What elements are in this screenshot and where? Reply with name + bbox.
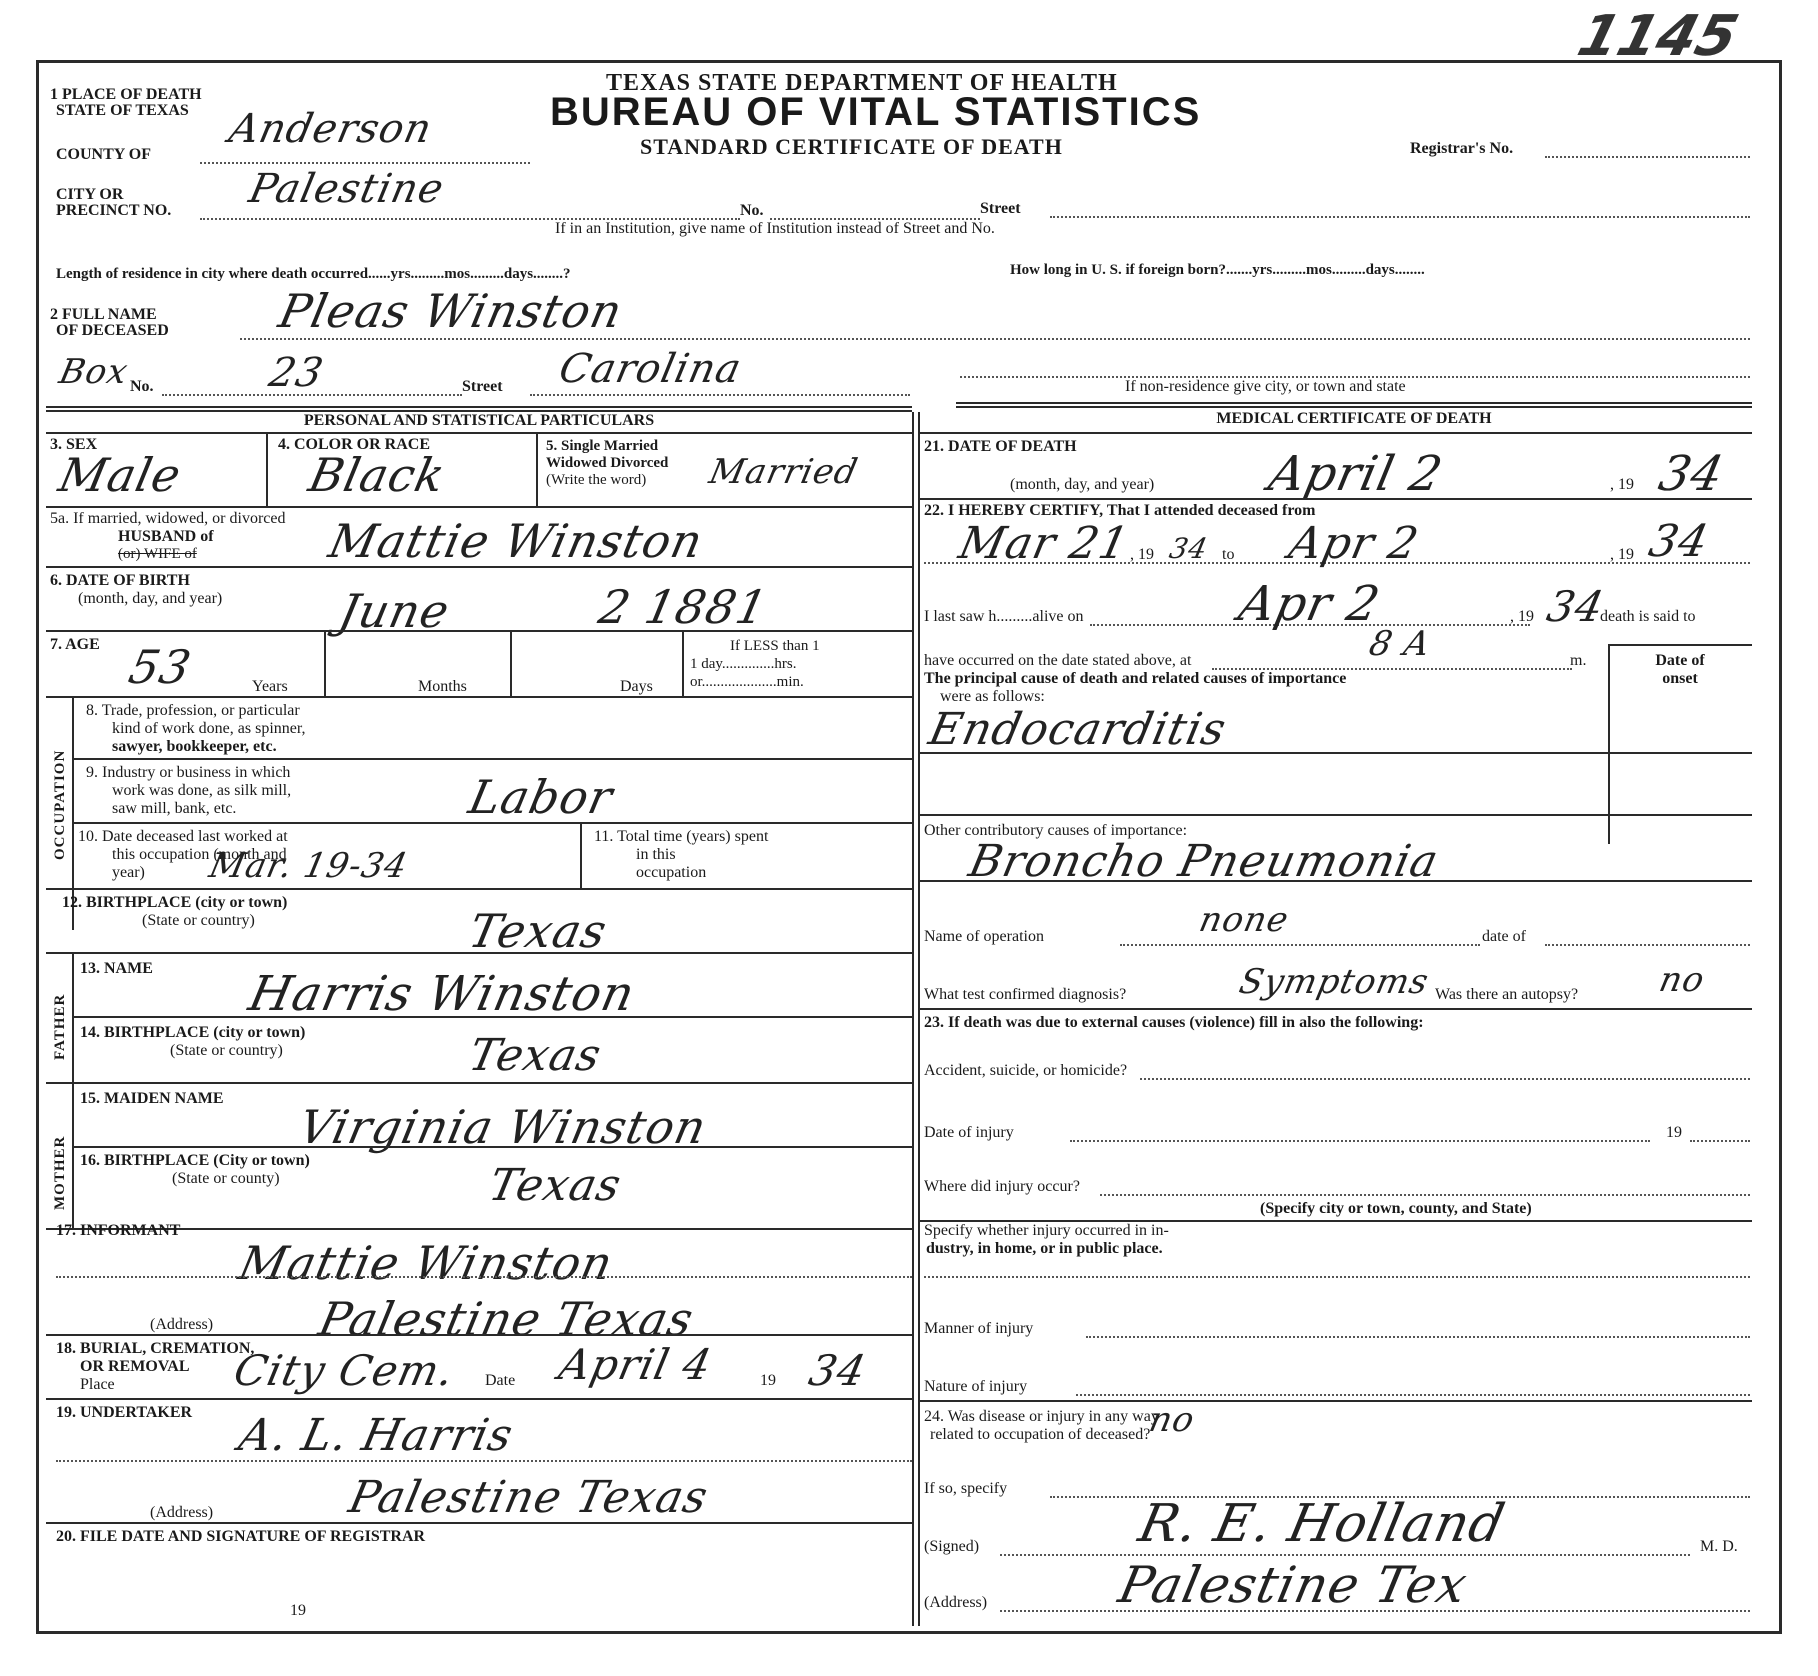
residence-street[interactable]: Carolina <box>555 346 746 392</box>
certificate-title: STANDARD CERTIFICATE OF DEATH <box>640 134 1063 160</box>
signed-label: (Signed) <box>924 1538 979 1555</box>
dob-day-year[interactable]: 2 1881 <box>594 580 772 634</box>
rule <box>920 814 1752 816</box>
rule <box>920 1400 1752 1402</box>
total-time-label-1: 11. Total time (years) spent <box>594 828 768 845</box>
nonresidence-note: If non-residence give city, or town and … <box>1125 378 1406 395</box>
informant-line <box>56 1276 912 1278</box>
attended-from-year-prefix: , 19 <box>1130 546 1154 563</box>
cell-divider <box>510 632 512 696</box>
rule <box>920 752 1752 754</box>
burial-place[interactable]: City Cem. <box>230 1346 459 1395</box>
burial-year[interactable]: 34 <box>805 1346 871 1395</box>
specify-label: If so, specify <box>924 1480 1007 1497</box>
institution-note: If in an Institution, give name of Insti… <box>555 220 995 237</box>
residence-street-line <box>530 394 910 396</box>
onset-label-1: Date of <box>1610 652 1750 669</box>
mother-side-label: MOTHER <box>52 1136 69 1210</box>
residence-box-prefix: Box <box>56 352 132 392</box>
maiden-name-label: 15. MAIDEN NAME <box>80 1090 224 1107</box>
cell-divider <box>324 632 326 696</box>
trade-label-3: sawyer, bookkeeper, etc. <box>112 738 277 755</box>
rule <box>46 432 912 434</box>
injury-place-label-2: dustry, in home, or in public place. <box>926 1240 1163 1257</box>
father-divider <box>72 954 74 1102</box>
operation-date-label: date of <box>1482 928 1526 945</box>
operation-date-line <box>1545 944 1750 946</box>
nature-label: Nature of injury <box>924 1378 1027 1395</box>
total-time-label-2: in this <box>636 846 676 863</box>
column-divider <box>918 412 920 1626</box>
days-label: Days <box>620 678 653 695</box>
rule <box>74 1016 912 1018</box>
rule <box>956 406 1752 408</box>
nature-field[interactable] <box>1076 1394 1750 1396</box>
where-note: (Specify city or town, county, and State… <box>1260 1200 1532 1217</box>
city-label-1: CITY OR <box>56 186 123 203</box>
marital-label-3: (Write the word) <box>546 472 646 489</box>
no-label: No. <box>740 202 764 219</box>
personal-section-title: PERSONAL AND STATISTICAL PARTICULARS <box>46 412 912 429</box>
mother-birthplace[interactable]: Texas <box>485 1160 626 1211</box>
death-date-label-2: (month, day, and year) <box>1010 476 1154 493</box>
father-birthplace-label-2: (State or country) <box>170 1042 283 1059</box>
m-label: m. <box>1570 652 1586 669</box>
registrar-no-label: Registrar's No. <box>1410 140 1513 157</box>
marital-value[interactable]: Married <box>706 452 862 492</box>
informant-name[interactable]: Mattie Winston <box>234 1236 618 1290</box>
less-label-2: 1 day..............hrs. <box>690 656 797 673</box>
last-saw-year-prefix: , 19 <box>1510 608 1534 625</box>
place-of-death-label: 1 PLACE OF DEATH <box>50 86 202 103</box>
total-time-label-3: occupation <box>636 864 706 881</box>
autopsy-value[interactable]: no <box>1656 960 1709 1000</box>
deceased-name[interactable]: Pleas Winston <box>274 284 627 338</box>
registrar-label: 20. FILE DATE AND SIGNATURE OF REGISTRAR <box>56 1528 425 1545</box>
attended-to[interactable]: Apr 2 <box>1285 518 1424 569</box>
rule <box>920 498 1752 500</box>
death-year-prefix: , 19 <box>1610 476 1634 493</box>
rule <box>74 822 912 824</box>
mother-birthplace-label-2: (State or county) <box>172 1170 280 1187</box>
rule <box>46 406 912 408</box>
cause-label-2: were as follows: <box>940 688 1045 705</box>
medical-section-title: MEDICAL CERTIFICATE OF DEATH <box>956 410 1752 427</box>
injury-year-label: 19 <box>1666 1124 1682 1141</box>
rule <box>956 402 1752 404</box>
burial-label-1: 18. BURIAL, CREMATION, <box>56 1340 254 1357</box>
spouse-label-3: (or) WIFE of <box>118 546 197 563</box>
street-label: Street <box>980 200 1021 217</box>
diagnosis-value[interactable]: Symptoms <box>1236 962 1433 1002</box>
burial-date-label: Date <box>485 1372 515 1389</box>
marital-label-2: Widowed Divorced <box>546 455 668 472</box>
spouse-value[interactable]: Mattie Winston <box>324 514 708 568</box>
informant-address[interactable]: Palestine Texas <box>314 1292 698 1346</box>
state-of-texas-label: STATE OF TEXAS <box>56 102 189 119</box>
signature-address-label: (Address) <box>924 1594 987 1611</box>
rule <box>920 1008 1752 1010</box>
rule <box>74 1146 912 1148</box>
cell-divider <box>536 434 538 506</box>
trade-label-1: 8. Trade, profession, or particular <box>86 702 300 719</box>
rule <box>46 630 912 632</box>
injury-date-field[interactable] <box>1070 1140 1650 1142</box>
residence-length-label: Length of residence in city where death … <box>56 266 571 283</box>
manner-field[interactable] <box>1086 1336 1750 1338</box>
rule <box>46 1522 912 1524</box>
rule <box>920 432 1752 434</box>
death-time[interactable]: 8 A <box>1366 624 1435 664</box>
less-label-3: or....................min. <box>690 674 804 691</box>
residence-no[interactable]: 23 <box>265 350 328 396</box>
cell-divider <box>580 824 582 888</box>
operation-label: Name of operation <box>924 928 1044 945</box>
attended-to-year[interactable]: 34 <box>1645 516 1714 567</box>
race-value[interactable]: Black <box>304 448 450 502</box>
undertaker-address[interactable]: Palestine Texas <box>345 1472 713 1523</box>
months-label: Months <box>418 678 467 695</box>
residence-street-label: Street <box>462 378 503 395</box>
marital-label-1: 5. Single Married <box>546 438 658 455</box>
occupation-side-label: OCCUPATION <box>52 750 69 860</box>
city-label-2: PRECINCT NO. <box>56 202 171 219</box>
last-worked-label-3: year) <box>112 864 145 881</box>
attended-from[interactable]: Mar 21 <box>955 518 1134 569</box>
diagnosis-label: What test confirmed diagnosis? <box>924 986 1126 1003</box>
death-date-label-1: 21. DATE OF DEATH <box>924 438 1077 455</box>
less-label-1: If LESS than 1 <box>730 638 820 655</box>
last-saw-value[interactable]: Apr 2 <box>1234 576 1385 632</box>
accident-label: Accident, suicide, or homicide? <box>924 1062 1127 1079</box>
injury-place-field[interactable] <box>924 1276 1750 1278</box>
cell-divider <box>266 434 268 506</box>
md-label: M. D. <box>1700 1538 1738 1555</box>
occupational-label-2: related to occupation of deceased? <box>930 1426 1150 1443</box>
death-date[interactable]: April 2 <box>1264 446 1448 502</box>
column-divider <box>912 412 914 1626</box>
last-saw-label: I last saw h.........alive on <box>924 608 1084 625</box>
burial-label-3: Place <box>80 1376 115 1393</box>
burial-date[interactable]: April 4 <box>555 1340 717 1389</box>
birthplace-value[interactable]: Texas <box>464 904 612 958</box>
father-birthplace[interactable]: Texas <box>465 1030 606 1081</box>
rule <box>46 506 912 508</box>
operation-value[interactable]: none <box>1196 900 1293 940</box>
attended-from-year[interactable]: 34 <box>1166 532 1211 565</box>
industry-value[interactable]: Labor <box>464 770 618 824</box>
registrar-no-field[interactable] <box>1545 156 1750 158</box>
city-value[interactable]: Palestine <box>245 166 448 212</box>
father-name-label: 13. NAME <box>80 960 153 977</box>
last-worked-label-1: 10. Date deceased last worked at <box>78 828 288 845</box>
full-name-label-1: 2 FULL NAME <box>50 306 157 323</box>
street-line <box>1050 216 1750 218</box>
informant-address-label: (Address) <box>150 1316 213 1333</box>
attended-to-year-prefix: , 19 <box>1610 546 1634 563</box>
trade-label-2: kind of work done, as spinner, <box>112 720 306 737</box>
rule <box>74 758 912 760</box>
industry-label-3: saw mill, bank, etc. <box>112 800 236 817</box>
rule <box>46 1334 912 1336</box>
undertaker-label: 19. UNDERTAKER <box>56 1404 192 1421</box>
injury-date-label: Date of injury <box>924 1124 1014 1141</box>
spouse-label-1: 5a. If married, widowed, or divorced <box>50 510 285 527</box>
father-side-label: FATHER <box>52 994 69 1060</box>
rule <box>46 1082 912 1084</box>
to-label: to <box>1222 546 1234 563</box>
undertaker-name[interactable]: A. L. Harris <box>235 1410 518 1461</box>
rule <box>46 888 912 890</box>
residence-no-label: No. <box>130 378 154 395</box>
principal-cause[interactable]: Endocarditis <box>925 704 1231 755</box>
registrar-year-prefix: 19 <box>290 1602 306 1619</box>
spouse-label-2: HUSBAND of <box>118 528 214 545</box>
last-saw-year[interactable]: 34 <box>1543 582 1609 631</box>
full-name-label-2: OF DECEASED <box>56 322 169 339</box>
birthplace-label-2: (State or country) <box>142 912 255 929</box>
onset-label-2: onset <box>1610 670 1750 687</box>
undertaker-line <box>56 1460 912 1462</box>
sex-value[interactable]: Male <box>54 448 186 502</box>
foreign-born-label: How long in U. S. if foreign born?......… <box>1010 262 1425 279</box>
mother-divider <box>72 1084 74 1228</box>
rule <box>920 880 1752 882</box>
rule <box>46 952 912 954</box>
industry-label-1: 9. Industry or business in which <box>86 764 290 781</box>
rule <box>46 696 912 698</box>
injury-place-label-1: Specify whether injury occurred in in- <box>924 1222 1169 1239</box>
certify-label: 22. I HEREBY CERTIFY, That I attended de… <box>924 502 1315 519</box>
rule <box>1608 644 1752 646</box>
autopsy-label: Was there an autopsy? <box>1435 986 1578 1003</box>
county-value[interactable]: Anderson <box>225 106 436 152</box>
dob-label-1: 6. DATE OF BIRTH <box>50 572 190 589</box>
dob-label-2: (month, day, and year) <box>78 590 222 607</box>
age-years[interactable]: 53 <box>124 640 196 694</box>
age-label: 7. AGE <box>50 636 100 653</box>
operation-line <box>1120 944 1480 946</box>
occupational-label-1: 24. Was disease or injury in any way <box>924 1408 1159 1425</box>
bureau-title: BUREAU OF VITAL STATISTICS <box>550 90 1201 135</box>
occupational-value[interactable]: no <box>1146 1400 1199 1440</box>
external-causes-label: 23. If death was due to external causes … <box>924 1014 1424 1031</box>
cell-divider <box>682 632 684 696</box>
years-label: Years <box>252 678 288 695</box>
rule <box>46 1398 912 1400</box>
where-field[interactable] <box>1100 1194 1750 1196</box>
signature-address[interactable]: Palestine Tex <box>1114 1556 1473 1614</box>
burial-year-prefix: 19 <box>760 1372 776 1389</box>
name-line <box>240 338 1750 340</box>
physician-signature[interactable]: R. E. Holland <box>1134 1494 1511 1554</box>
injury-year-line <box>1690 1140 1750 1142</box>
father-birthplace-label-1: 14. BIRTHPLACE (city or town) <box>80 1024 305 1041</box>
county-line <box>200 162 530 164</box>
death-year[interactable]: 34 <box>1654 446 1729 502</box>
county-label: COUNTY OF <box>56 146 151 163</box>
industry-label-2: work was done, as silk mill, <box>112 782 291 799</box>
mother-birthplace-label-1: 16. BIRTHPLACE (City or town) <box>80 1152 310 1169</box>
manner-label: Manner of injury <box>924 1320 1033 1337</box>
informant-label: 17. INFORMANT <box>56 1222 180 1239</box>
undertaker-address-label: (Address) <box>150 1504 213 1521</box>
death-said-label: death is said to <box>1600 608 1696 625</box>
rule <box>46 566 912 568</box>
where-label: Where did injury occur? <box>924 1178 1080 1195</box>
father-name[interactable]: Harris Winston <box>244 966 640 1022</box>
birthplace-label-1: 12. BIRTHPLACE (city or town) <box>62 894 287 911</box>
occurred-label: have occurred on the date stated above, … <box>924 652 1191 669</box>
burial-label-2: OR REMOVAL <box>80 1358 190 1375</box>
accident-field[interactable] <box>1140 1078 1750 1080</box>
last-worked-value[interactable]: Mar. 19-34 <box>206 846 412 886</box>
cause-label-1: The principal cause of death and related… <box>924 670 1346 687</box>
